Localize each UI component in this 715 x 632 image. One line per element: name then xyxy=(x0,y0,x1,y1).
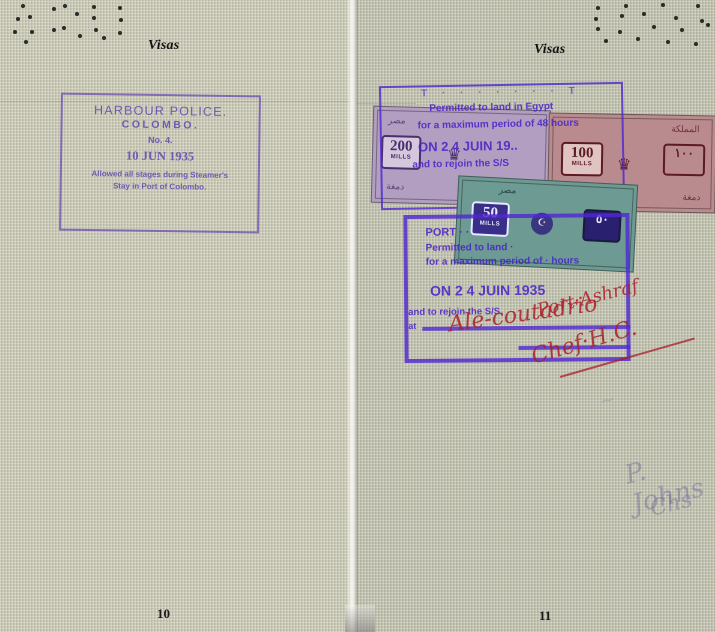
arabic-inscription: مصر xyxy=(498,184,516,196)
perforation-hole xyxy=(620,14,624,18)
perforation-hole xyxy=(21,4,25,8)
perforation-hole xyxy=(63,4,67,8)
perforation-hole xyxy=(618,30,622,34)
perforation-hole xyxy=(624,4,628,8)
page-heading-visas: Visas xyxy=(148,38,179,54)
perforation-hole xyxy=(652,25,656,29)
stamp-date: ON 2 4 JUIN 1935 xyxy=(430,282,545,299)
perforation-hole xyxy=(62,26,66,30)
perforation-hole xyxy=(666,40,670,44)
perforation-hole xyxy=(28,15,32,19)
perforation-hole xyxy=(92,5,96,9)
perforation-hole xyxy=(78,34,82,38)
perforation-hole xyxy=(13,30,17,34)
stamp-date: ON 2 4 JUIN 19.. xyxy=(418,138,518,155)
perforation-hole xyxy=(680,28,684,32)
perforation-hole xyxy=(30,30,34,34)
perforation-hole xyxy=(696,4,700,8)
perforation-hole xyxy=(75,12,79,16)
stamp-line: and to rejoin the S/S xyxy=(412,158,509,171)
page-heading-visas: Visas xyxy=(534,42,565,58)
perforation-hole xyxy=(119,18,123,22)
stamp-line: for a maximum period of · hours xyxy=(426,255,579,267)
stamp-line: Stay in Port of Colombo. xyxy=(62,181,258,193)
perforation-hole xyxy=(92,16,96,20)
left-page: Visas HARBOUR POLICE. COLOMBO. No. 4. 10… xyxy=(0,0,356,632)
stamp-line: Permitted to land · xyxy=(426,242,514,254)
perforation-hole xyxy=(674,16,678,20)
stamp-line: COLOMBO. xyxy=(62,118,258,133)
perforation-hole xyxy=(596,6,600,10)
stamp-line: T · · · · · · · T xyxy=(421,86,581,100)
stamp-line: Permitted to land in Egypt xyxy=(429,101,553,114)
book-gutter xyxy=(346,0,358,632)
perforation-hole xyxy=(694,42,698,46)
perforation-hole xyxy=(52,28,56,32)
gutter-shadow xyxy=(345,605,375,632)
perforation-hole xyxy=(661,3,665,7)
stamp-line: No. 4. xyxy=(62,134,258,147)
perforation-hole xyxy=(118,31,122,35)
passport-spread: Visas HARBOUR POLICE. COLOMBO. No. 4. 10… xyxy=(0,0,715,632)
perforation-hole xyxy=(102,36,106,40)
perforation-hole xyxy=(596,27,600,31)
perforation-hole xyxy=(594,17,598,21)
perforation-hole xyxy=(604,39,608,43)
stamp-line: PORT · · · · · · xyxy=(425,226,496,239)
harbour-police-stamp: HARBOUR POLICE. COLOMBO. No. 4. 10 JUN 1… xyxy=(59,93,261,234)
perforation-hole xyxy=(636,37,640,41)
arabic-inscription: دمغة xyxy=(682,192,700,203)
perforation-hole xyxy=(94,28,98,32)
stamp-arabic-value: ١٠٠ xyxy=(663,144,706,177)
perforation-hole xyxy=(24,40,28,44)
perforation-hole xyxy=(700,19,704,23)
perforation-hole xyxy=(118,6,122,10)
perforation-hole xyxy=(52,7,56,11)
page-number: 11 xyxy=(539,608,551,624)
stamp-line: at xyxy=(408,321,416,331)
stamp-date: 10 JUN 1935 xyxy=(62,148,258,166)
page-number: 10 xyxy=(157,606,170,622)
stamp-line: HARBOUR POLICE. xyxy=(63,103,259,120)
perforation-hole xyxy=(16,17,20,21)
perforation-hole xyxy=(642,12,646,16)
perforation-hole xyxy=(706,23,710,27)
stamp-line: Allowed all stages during Steamer's xyxy=(62,169,258,181)
arabic-inscription: المملكة xyxy=(671,124,700,135)
stamp-line: for a maximum period of 48 hours xyxy=(418,118,579,132)
